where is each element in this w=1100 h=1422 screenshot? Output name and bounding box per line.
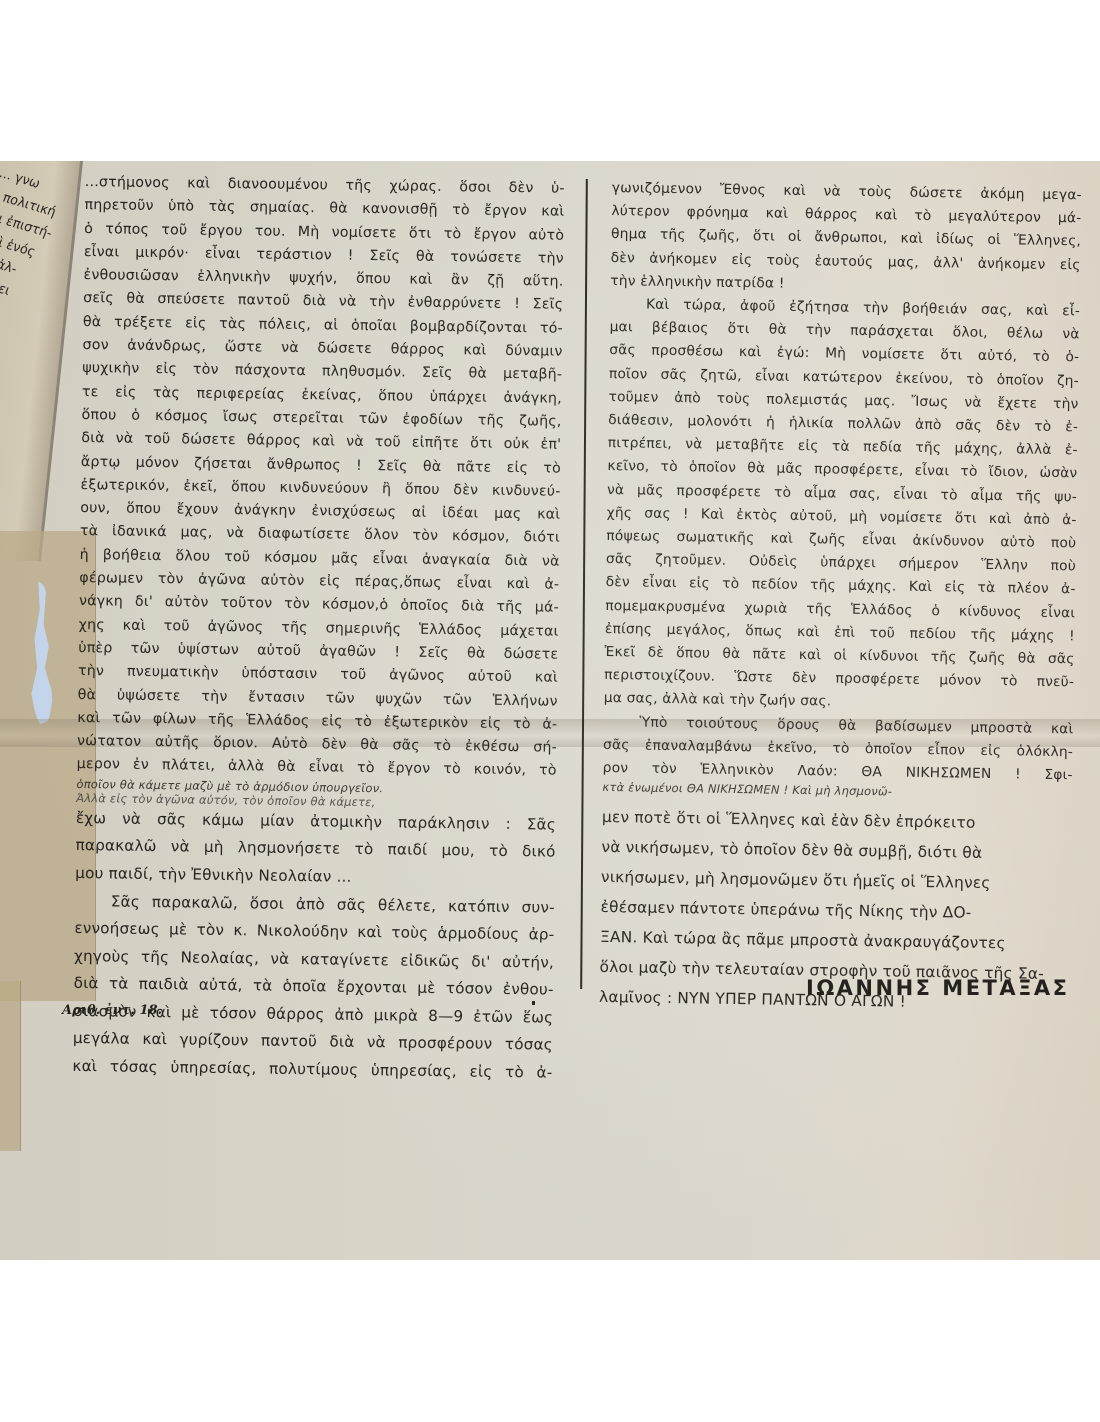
text-line: καὶ τόσας ὑπηρεσίας, πολυτίμους ὑπηρεσία… bbox=[72, 1053, 552, 1087]
column-divider-rule bbox=[580, 179, 588, 989]
right-column-upper: γωνιζόμενον Ἔθνος καὶ νὰ τοὺς δώσετε ἀκό… bbox=[602, 177, 1082, 802]
right-text-column: γωνιζόμενον Ἔθνος καὶ νὰ τοὺς δώσετε ἀκό… bbox=[599, 177, 1082, 1020]
document-photo: ... γνω ἡ πολιτική ναι ἐπιστή- οφαὶ ἑνός… bbox=[0, 161, 1100, 1260]
ink-speck bbox=[532, 1001, 535, 1005]
adhesive-tape bbox=[0, 981, 21, 1151]
left-column-upper: ...στήμονος καὶ διανοουμένου τῆς χώρας. … bbox=[76, 171, 565, 811]
left-flap-text: ... γνω ἡ πολιτική ναι ἐπιστή- οφαὶ ἑνός… bbox=[0, 163, 60, 448]
registration-number: Αριθ. ἐντ. 18. bbox=[62, 1003, 162, 1018]
left-text-column: ...στήμονος καὶ διανοουμένου τῆς χώρας. … bbox=[72, 171, 565, 1087]
left-page-flap: ... γνω ἡ πολιτική ναι ἐπιστή- οφαὶ ἑνός… bbox=[0, 161, 83, 561]
left-column-lower: ἔχω νὰ σᾶς κάμω μίαν ἀτομικὴν παράκλησιν… bbox=[72, 805, 556, 1088]
author-signature: ΙΩΑΝΝΗΣ ΜΕΤΑΞΑΣ bbox=[806, 976, 1070, 1000]
